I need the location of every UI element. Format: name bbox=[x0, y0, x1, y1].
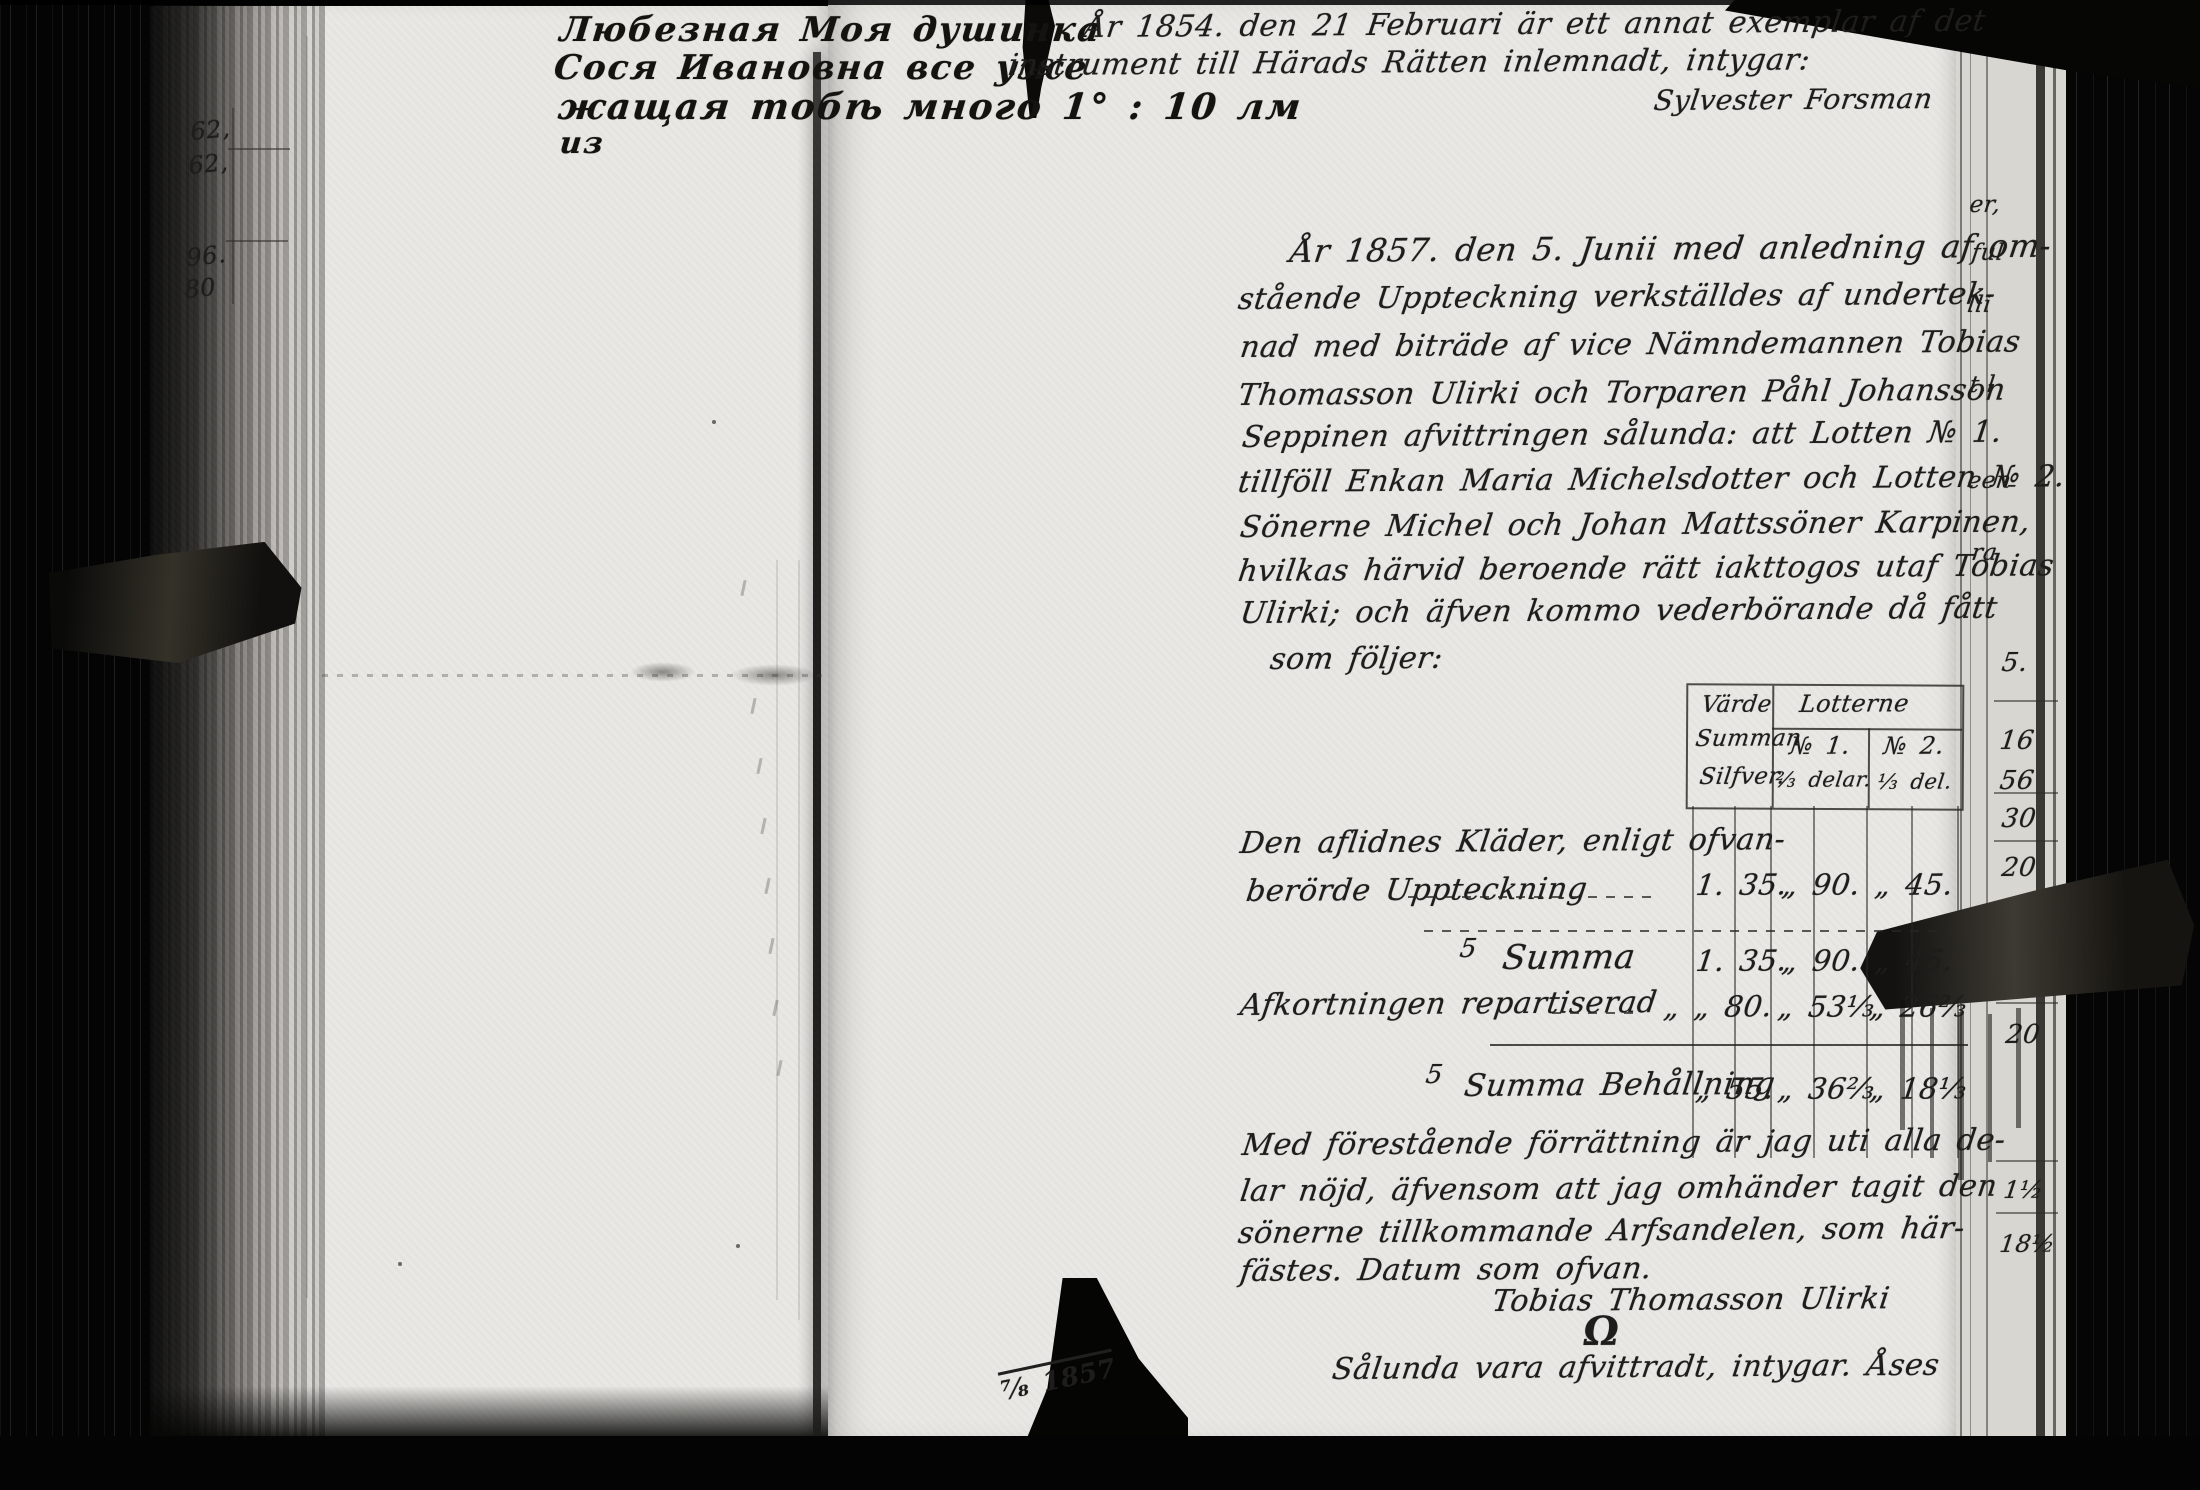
deed-line: Seppinen afvittringen sålunda: att Lotte… bbox=[1240, 415, 2004, 455]
page-edge-line bbox=[2053, 0, 2056, 1490]
margin-rule bbox=[226, 240, 288, 242]
margin-rule bbox=[228, 148, 290, 150]
deed-line: som följer: bbox=[1268, 641, 1445, 677]
speck bbox=[712, 420, 716, 424]
table-cell-lot1: „ 90. bbox=[1776, 943, 1867, 978]
margin-number: 80 bbox=[183, 273, 217, 304]
edge-rule bbox=[1994, 700, 2058, 702]
edge-number: 1½ bbox=[2002, 1176, 2045, 1204]
edge-text-fragment: er, bbox=[1968, 192, 2002, 218]
table-cell-lot2: „ 45. bbox=[1868, 943, 1961, 978]
edge-number: 20 bbox=[2000, 853, 2038, 883]
closing-signature: Tobias Thomasson Ulirki bbox=[1490, 1281, 1892, 1319]
deed-line: stående Uppteckning verkställdes af unde… bbox=[1236, 277, 1998, 317]
table-row-label: Afkortningen repartiserad bbox=[1238, 985, 1659, 1023]
edge-rule bbox=[1996, 1212, 2058, 1214]
deed-line: Thomasson Ulirki och Torparen Påhl Johan… bbox=[1236, 373, 2008, 413]
bleed-through-line bbox=[776, 560, 778, 1300]
table-col-header: № 2. bbox=[1882, 732, 1946, 760]
table-col-header: ⅔ delar. bbox=[1774, 767, 1873, 792]
table-row-label: Summa bbox=[1500, 937, 1638, 978]
deed-line: nad med biträde af vice Nämndemannen Tob… bbox=[1238, 325, 2023, 365]
attestation-line: Sålunda vara afvittradt, intygar. Åses bbox=[1330, 1348, 1942, 1387]
table-col-header: Värde bbox=[1700, 692, 1774, 718]
margin-rule bbox=[232, 108, 234, 304]
edge-rule bbox=[1994, 840, 2058, 842]
margin-number: 96. bbox=[185, 240, 227, 272]
leader-line bbox=[1408, 896, 1652, 898]
edge-rule bbox=[1996, 1002, 2058, 1004]
table-group-header: Lotterne bbox=[1798, 689, 1911, 718]
cyrillic-annotation-line: из bbox=[558, 126, 607, 161]
right-book-edge bbox=[2062, 0, 2200, 1490]
following-pages-edge: er, ful lli t.l een ra 5. 16 56 30 20 30… bbox=[1956, 0, 2066, 1490]
paper-texture bbox=[150, 6, 830, 1438]
left-book-edge bbox=[0, 0, 158, 1490]
deed-line: tillföll Enkan Maria Michelsdotter och L… bbox=[1236, 459, 2067, 500]
filing-note-line: instrument till Härads Rätten inlemnadt,… bbox=[1006, 42, 1812, 83]
filing-note-line: År 1854. den 21 Februari är ett annat ex… bbox=[1082, 4, 1988, 45]
leader-line bbox=[1552, 1012, 1638, 1014]
ink-smudge bbox=[630, 662, 696, 682]
edge-number: 20 bbox=[2004, 1020, 2042, 1050]
page-edge-line bbox=[1970, 0, 1971, 1490]
page-edge-line bbox=[2036, 0, 2045, 1490]
table-row-label: Den aflidnes Kläder, enligt ofvan- bbox=[1238, 822, 1788, 861]
deed-line: hvilkas härvid beroende rätt iakttogos u… bbox=[1236, 548, 2056, 589]
margin-number: 62, bbox=[189, 114, 231, 146]
table-cell-lot2: „ 26⅔ bbox=[1868, 989, 1965, 1024]
closing-line: sönerne tillkommande Arfsandelen, som hä… bbox=[1236, 1211, 1967, 1251]
speck bbox=[398, 1262, 402, 1266]
page-edge-line bbox=[1986, 0, 1988, 1490]
margin-rule-line bbox=[306, 36, 308, 1298]
bomarke-mark: Ω bbox=[1580, 1308, 1622, 1355]
edge-rule bbox=[1996, 1160, 2058, 1162]
deed-line: Ulirki; och äfven kommo vederbörande då … bbox=[1238, 591, 2000, 631]
ink-smudge bbox=[730, 664, 818, 686]
margin-number: 62, bbox=[187, 148, 229, 180]
edge-number: 18½ bbox=[1998, 1230, 2057, 1258]
table-col-header: № 1. bbox=[1788, 732, 1852, 760]
table-cell-value: 1. 35. bbox=[1694, 943, 1775, 978]
book-gutter-fold bbox=[813, 52, 821, 1442]
balance-rule bbox=[1490, 1044, 1968, 1046]
edge-rule bbox=[1994, 792, 2058, 794]
edge-number: 5. bbox=[2000, 648, 2030, 678]
table-col-header: Summan bbox=[1694, 725, 1803, 752]
table-cell-lot1: „ 36⅔ bbox=[1776, 1071, 1867, 1106]
table-row-label: berörde Uppteckning bbox=[1244, 872, 1590, 909]
archival-book-scan: er, ful lli t.l een ra 5. 16 56 30 20 30… bbox=[0, 0, 2200, 1490]
edge-number: 16 bbox=[1998, 726, 2036, 756]
table-cell-lot2: „ 18⅓ bbox=[1868, 1071, 1965, 1106]
filing-note-signature: Sylvester Forsman bbox=[1652, 82, 1935, 117]
bleed-through-line bbox=[798, 560, 800, 1320]
table-cell-value: „ „ 80. bbox=[1660, 989, 1777, 1024]
summation-rule bbox=[1424, 930, 1964, 932]
speck bbox=[736, 1244, 740, 1248]
edge-number: 30 bbox=[2000, 804, 2038, 834]
table-cell-value: „ 55. bbox=[1694, 1071, 1775, 1106]
left-page bbox=[150, 6, 830, 1438]
table-cell-lot2: „ 45. bbox=[1868, 867, 1961, 902]
table-col-header: ⅓ del. bbox=[1876, 769, 1954, 794]
cyrillic-annotation-line: Любезная Моя душинка bbox=[558, 10, 1104, 50]
scan-bottom-edge bbox=[0, 1436, 2200, 1490]
closing-line: lar nöjd, äfvensom att jag omhänder tagi… bbox=[1238, 1169, 2000, 1209]
deed-line: Sönerne Michel och Johan Mattssöner Karp… bbox=[1238, 504, 2033, 545]
deed-line: År 1857. den 5. Junii med anledning af o… bbox=[1288, 227, 2054, 270]
closing-line: Med förestående förrättning är jag uti a… bbox=[1240, 1123, 2008, 1163]
cyrillic-annotation-line: жащая тобѣ много 1° : 10 лм bbox=[556, 86, 1304, 128]
table-col-header: Silfver. bbox=[1698, 763, 1787, 790]
table-cell-value: 1. 35. bbox=[1694, 867, 1775, 902]
clip-shadow-streak bbox=[2016, 1008, 2021, 1128]
table-cell-lot1: „ 53⅓ bbox=[1776, 989, 1867, 1024]
table-cell-lot1: „ 90. bbox=[1776, 867, 1867, 902]
